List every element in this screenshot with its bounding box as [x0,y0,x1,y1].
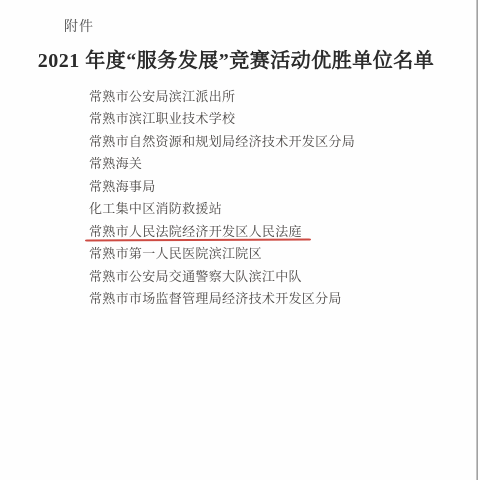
unit-name: 常熟市滨江职业技术学校 [89,108,235,127]
list-item: 常熟海关 [89,152,460,175]
list-item: 常熟市第一人民医院滨江院区 [89,242,460,265]
list-item: 常熟市人民法院经济开发区人民法庭 [89,219,460,242]
unit-name: 化工集中区消防救援站 [89,198,222,217]
list-item: 常熟市滨江职业技术学校 [89,107,460,130]
attachment-label: 附件 [64,16,94,36]
unit-name: 常熟市公安局交通警察大队滨江中队 [89,266,302,285]
list-item: 常熟市自然资源和规划局经济技术开发区分局 [89,129,460,152]
document-page: 附件 2021 年度“服务发展”竞赛活动优胜单位名单 常熟市公安局滨江派出所常熟… [0,0,480,480]
list-item: 常熟市市场监督管理局经济技术开发区分局 [89,287,460,310]
winning-units-list: 常熟市公安局滨江派出所常熟市滨江职业技术学校常熟市自然资源和规划局经济技术开发区… [89,84,460,309]
unit-name: 常熟市公安局滨江派出所 [89,86,235,105]
unit-name: 常熟市自然资源和规划局经济技术开发区分局 [89,131,355,150]
document-title: 2021 年度“服务发展”竞赛活动优胜单位名单 [0,44,472,73]
unit-name: 常熟市第一人民医院滨江院区 [89,243,262,262]
list-item: 化工集中区消防救援站 [89,197,460,220]
list-item: 常熟海事局 [89,174,460,197]
list-item: 常熟市公安局滨江派出所 [89,84,460,107]
list-item: 常熟市公安局交通警察大队滨江中队 [89,264,460,287]
unit-name: 常熟市市场监督管理局经济技术开发区分局 [89,288,342,307]
scan-edge-shadow [476,0,478,480]
unit-name: 常熟市人民法院经济开发区人民法庭 [89,221,302,240]
unit-name: 常熟海关 [89,153,142,172]
unit-name: 常熟海事局 [89,176,156,195]
